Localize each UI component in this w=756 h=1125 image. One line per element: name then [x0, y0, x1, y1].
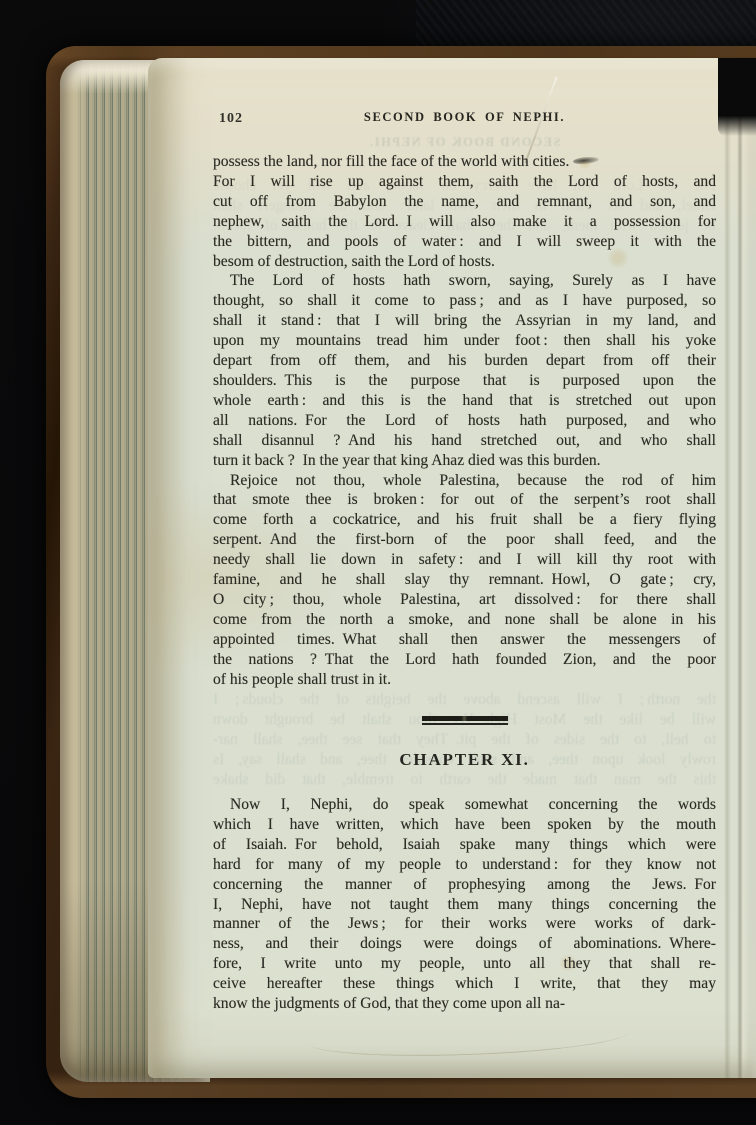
text-line: ceive hereafter these things which I wri…: [213, 974, 716, 994]
text-line: possess the land, nor fill the face of t…: [213, 152, 716, 172]
text-line: thought, so shall it come to pass ; and …: [213, 291, 716, 311]
text-line: manner of the Jews ; for their works wer…: [213, 914, 716, 934]
ink-smudge: [573, 156, 600, 165]
text-line: fore, I write unto my people, unto all t…: [213, 954, 716, 974]
text-line: shoulders. This is the purpose that is p…: [213, 371, 716, 391]
text-line: I, Nephi, have not taught them many thin…: [213, 895, 716, 915]
text-line: all nations. For the Lord of hosts hath …: [213, 411, 716, 431]
chapter-heading: CHAPTER XI.: [213, 750, 716, 770]
bleedthrough-line: this the man that made the earth to trem…: [213, 770, 716, 790]
text-line: turn it back ? In the year that king Aha…: [213, 451, 716, 471]
text-line: famine, and he shall slay thy remnant. H…: [213, 570, 716, 590]
paper-crease: [307, 1014, 628, 1060]
text-line: The Lord of hosts hath sworn, saying, Su…: [213, 271, 716, 291]
book-page: SECOND BOOK OF NEPHI. For the Lord will …: [148, 58, 756, 1078]
text-line: shall disannul ? And his hand stretched …: [213, 431, 716, 451]
text-line: Now I, Nephi, do speak somewhat concerni…: [213, 795, 716, 815]
page-number: 102: [219, 111, 243, 127]
bleedthrough-line: to hell, to the sides of the pit. They t…: [213, 730, 716, 750]
text-line: For I will rise up against them, saith t…: [213, 172, 716, 192]
photo-background: SECOND BOOK OF NEPHI. For the Lord will …: [0, 0, 756, 1125]
text-line: ness, and their doings were doings of ab…: [213, 934, 716, 954]
text-line: come from the north a smoke, and none sh…: [213, 610, 716, 630]
isaiah-body-text: possess the land, nor fill the face of t…: [213, 152, 716, 689]
text-line: serpent. And the first-born of the poor …: [213, 530, 716, 550]
bleedthrough-running-head: SECOND BOOK OF NEPHI.: [213, 134, 716, 151]
text-line: depart from off them, and his burden dep…: [213, 351, 716, 371]
text-line: come forth a cockatrice, and his fruit s…: [213, 510, 716, 530]
text-line: of Isaiah. For behold, Isaiah spake many…: [213, 835, 716, 855]
text-line: upon my mountains tread him under foot :…: [213, 331, 716, 351]
text-line: Rejoice not thou, whole Palestina, becau…: [213, 471, 716, 491]
text-line: hard for many of my people to understand…: [213, 855, 716, 875]
text-line: which I have written, which have been sp…: [213, 815, 716, 835]
text-line: that smote thee is broken : for out of t…: [213, 490, 716, 510]
divider-thick-rule: [422, 716, 508, 721]
text-line: know the judgments of God, that they com…: [213, 994, 716, 1014]
divider-thin-rule: [422, 723, 508, 725]
bleedthrough-text-mid: the north ; I will ascend above the heig…: [213, 690, 716, 790]
text-line: concerning the manner of prophesying amo…: [213, 875, 716, 895]
text-line: besom of destruction, saith the Lord of …: [213, 252, 716, 272]
chapter-body-text: Now I, Nephi, do speak somewhat concerni…: [213, 795, 716, 1014]
bleedthrough-line: the north ; I will ascend above the heig…: [213, 690, 716, 710]
text-line: O city ; thou, whole Palestina, art diss…: [213, 590, 716, 610]
text-line: cut off from Babylon the name, and remna…: [213, 192, 716, 212]
text-line: needy shall lie down in safety : and I w…: [213, 550, 716, 570]
text-line: the nations ? That the Lord hath founded…: [213, 650, 716, 670]
text-line: appointed times. What shall then answer …: [213, 630, 716, 650]
section-divider: [213, 716, 716, 725]
bleedthrough-line: SECOND BOOK OF NEPHI.: [213, 134, 716, 151]
gutter-shadow: [718, 58, 756, 136]
text-line: whole earth : and this is the hand that …: [213, 391, 716, 411]
text-line: nephew, saith the Lord. I will also make…: [213, 212, 716, 232]
running-head: SECOND BOOK OF NEPHI.: [213, 110, 716, 125]
text-line: the bittern, and pools of water : and I …: [213, 232, 716, 252]
text-line: of his people shall trust in it.: [213, 670, 716, 690]
page-header: 102 SECOND BOOK OF NEPHI.: [213, 110, 716, 132]
text-line: shall it stand : that I will bring the A…: [213, 311, 716, 331]
